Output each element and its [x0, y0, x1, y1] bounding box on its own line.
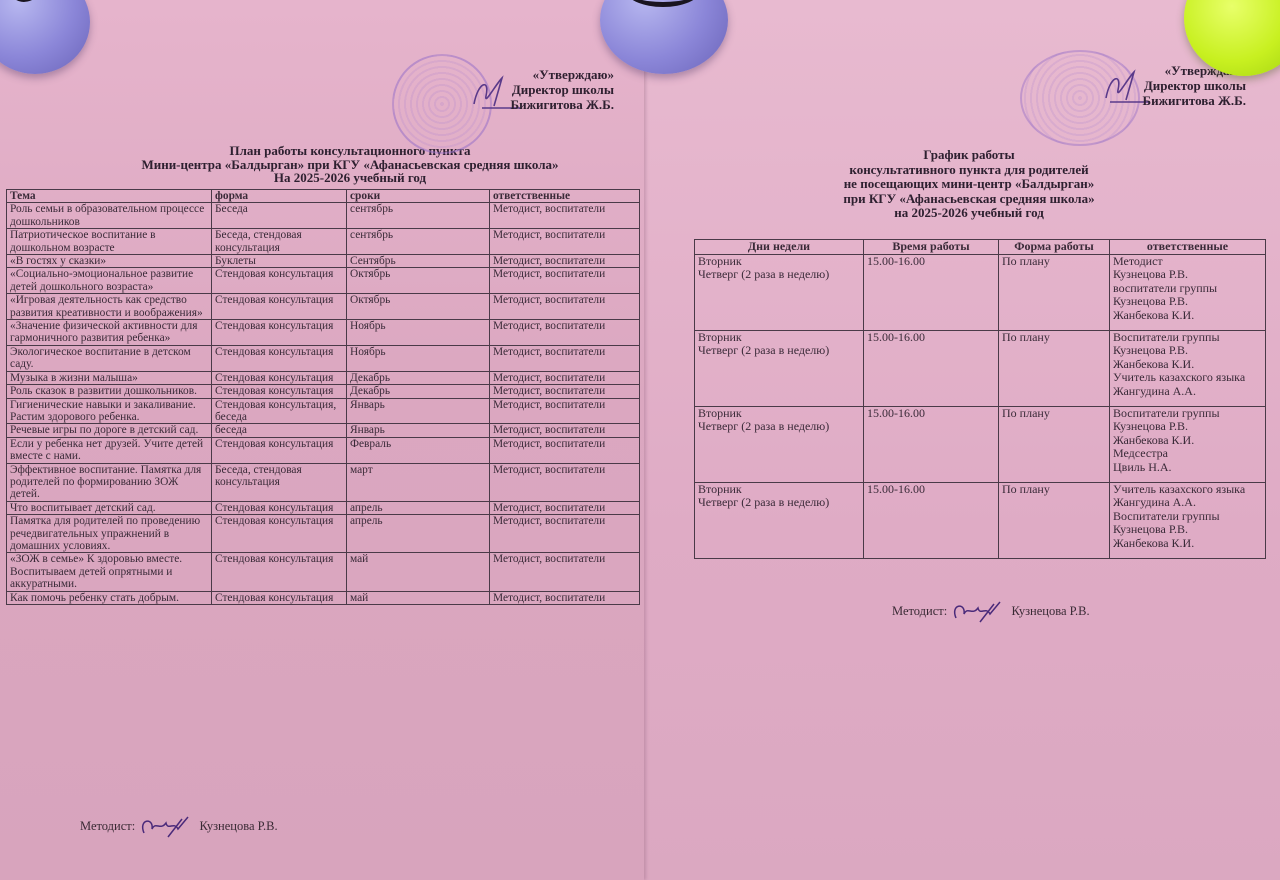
- time-cell: 15.00-16.00: [864, 406, 999, 482]
- days-cell: ВторникЧетверг (2 раза в неделю): [695, 406, 864, 482]
- table-row: «Значение физической активности для гарм…: [7, 320, 640, 346]
- schedule-title: График работы консультативного пункта дл…: [794, 148, 1144, 221]
- topic-cell: Музыка в жизни малыша»: [7, 371, 212, 384]
- form-cell: Стендовая консультация: [212, 385, 347, 398]
- days-cell: ВторникЧетверг (2 раза в неделю): [695, 330, 864, 406]
- table-row: Экологическое воспитание в детском саду.…: [7, 345, 640, 371]
- responsible-cell: Методист, воспитатели: [490, 320, 640, 346]
- responsible-cell-line: Учитель казахского языка: [1113, 371, 1262, 385]
- table-row: ВторникЧетверг (2 раза в неделю)15.00-16…: [695, 406, 1266, 482]
- term-cell: Ноябрь: [347, 320, 490, 346]
- methodist-signature: [138, 815, 196, 839]
- form-cell: По плану: [999, 482, 1110, 558]
- title-line-2: консультативного пункта для родителей: [794, 163, 1144, 178]
- form-cell: Беседа, стендовая консультация: [212, 229, 347, 255]
- responsible-cell: Методист, воспитатели: [490, 385, 640, 398]
- term-cell: сентябрь: [347, 203, 490, 229]
- topic-cell: Речевые игры по дороге в детский сад.: [7, 424, 212, 437]
- table-row: «В гостях у сказки»БуклетыСентябрьМетоди…: [7, 255, 640, 268]
- table-row: Гигиенические навыки и закаливание. Раст…: [7, 398, 640, 424]
- responsible-cell: Методист, воспитатели: [490, 501, 640, 514]
- responsible-cell-line: Воспитатели группы: [1113, 331, 1262, 345]
- topic-cell: «Значение физической активности для гарм…: [7, 320, 212, 346]
- title-line-3: На 2025-2026 учебный год: [60, 171, 640, 185]
- responsible-cell: Методист, воспитатели: [490, 268, 640, 294]
- term-cell: сентябрь: [347, 229, 490, 255]
- table-row: Роль семьи в образовательном процессе до…: [7, 203, 640, 229]
- responsible-cell-line: Жанбекова К.И.: [1113, 358, 1262, 372]
- consultation-plan-table: Тема форма сроки ответственные Роль семь…: [6, 189, 640, 605]
- title-line-1: График работы: [794, 148, 1144, 163]
- days-cell: ВторникЧетверг (2 раза в неделю): [695, 254, 864, 330]
- topic-cell: Как помочь ребенку стать добрым.: [7, 591, 212, 604]
- form-cell: Беседа, стендовая консультация: [212, 463, 347, 501]
- term-cell: май: [347, 553, 490, 591]
- form-cell: беседа: [212, 424, 347, 437]
- form-cell: Буклеты: [212, 255, 347, 268]
- term-cell: Февраль: [347, 437, 490, 463]
- topic-cell: Эффективное воспитание. Памятка для роди…: [7, 463, 212, 501]
- form-cell: По плану: [999, 254, 1110, 330]
- responsible-cell: Методист, воспитатели: [490, 463, 640, 501]
- responsible-cell-line: Воспитатели группы: [1113, 407, 1262, 421]
- title-line-3: не посещающих мини-центр «Балдырган»: [794, 177, 1144, 192]
- time-cell: 15.00-16.00: [864, 330, 999, 406]
- responsible-cell-line: Кузнецова Р.В.: [1113, 344, 1262, 358]
- methodist-label: Методист:: [80, 819, 135, 833]
- responsible-cell: Методист, воспитатели: [490, 255, 640, 268]
- days-cell-line: Четверг (2 раза в неделю): [698, 420, 860, 434]
- term-cell: Январь: [347, 424, 490, 437]
- responsible-cell: Методист, воспитатели: [490, 424, 640, 437]
- responsible-cell-line: Жангудина А.А.: [1113, 385, 1262, 399]
- plan-title: План работы консультационного пункта Мин…: [60, 144, 640, 185]
- time-cell: 15.00-16.00: [864, 482, 999, 558]
- responsible-cell: Методист, воспитатели: [490, 229, 640, 255]
- days-cell-line: Вторник: [698, 331, 860, 345]
- header-days: Дни недели: [695, 240, 864, 255]
- form-cell: Беседа: [212, 203, 347, 229]
- responsible-cell: Воспитатели группыКузнецова Р.В.Жанбеков…: [1110, 330, 1266, 406]
- smile-mark: [626, 0, 700, 7]
- approval-block: «Утверждаю» Директор школы Бижигитова Ж.…: [430, 67, 614, 112]
- table-row: ВторникЧетверг (2 раза в неделю)15.00-16…: [695, 482, 1266, 558]
- table-row: Музыка в жизни малыша»Стендовая консульт…: [7, 371, 640, 384]
- days-cell-line: Вторник: [698, 255, 860, 269]
- topic-cell: «В гостях у сказки»: [7, 255, 212, 268]
- responsible-cell-line: Медсестра: [1113, 447, 1262, 461]
- topic-cell: Гигиенические навыки и закаливание. Раст…: [7, 398, 212, 424]
- responsible-cell-line: Жанбекова К.И.: [1113, 434, 1262, 448]
- table-row: ВторникЧетверг (2 раза в неделю)15.00-16…: [695, 330, 1266, 406]
- table-header-row: Тема форма сроки ответственные: [7, 190, 640, 203]
- form-cell: Стендовая консультация: [212, 294, 347, 320]
- form-cell: Стендовая консультация: [212, 320, 347, 346]
- responsible-cell-line: Учитель казахского языка: [1113, 483, 1262, 497]
- table-row: Речевые игры по дороге в детский сад.бес…: [7, 424, 640, 437]
- form-cell: Стендовая консультация: [212, 345, 347, 371]
- methodist-signature: [950, 600, 1008, 624]
- form-cell: Стендовая консультация: [212, 437, 347, 463]
- term-cell: Октябрь: [347, 268, 490, 294]
- form-cell: Стендовая консультация: [212, 515, 347, 553]
- approval-line-2: Директор школы: [430, 82, 614, 97]
- table-row: «ЗОЖ в семье» К здоровью вместе. Воспиты…: [7, 553, 640, 591]
- smile-mark: [6, 0, 49, 8]
- responsible-cell: МетодистКузнецова Р.В.воспитатели группы…: [1110, 254, 1266, 330]
- table-row: Как помочь ребенку стать добрым.Стендова…: [7, 591, 640, 604]
- table-row: Роль сказок в развитии дошкольников.Стен…: [7, 385, 640, 398]
- term-cell: апрель: [347, 515, 490, 553]
- days-cell-line: Четверг (2 раза в неделю): [698, 268, 860, 282]
- form-cell: Стендовая консультация: [212, 501, 347, 514]
- responsible-cell-line: Жангудина А.А.: [1113, 496, 1262, 510]
- title-line-1: План работы консультационного пункта: [60, 144, 640, 158]
- days-cell-line: Четверг (2 раза в неделю): [698, 496, 860, 510]
- term-cell: Январь: [347, 398, 490, 424]
- form-cell: Стендовая консультация: [212, 371, 347, 384]
- methodist-signature-line: Методист: Кузнецова Р.В.: [80, 815, 278, 839]
- header-responsible: ответственные: [490, 190, 640, 203]
- title-line-4: при КГУ «Афанасьевская средняя школа»: [794, 192, 1144, 207]
- header-term: сроки: [347, 190, 490, 203]
- term-cell: Сентябрь: [347, 255, 490, 268]
- responsible-cell: Воспитатели группыКузнецова Р.В.Жанбеков…: [1110, 406, 1266, 482]
- topic-cell: Экологическое воспитание в детском саду.: [7, 345, 212, 371]
- form-cell: Стендовая консультация, беседа: [212, 398, 347, 424]
- topic-cell: Патриотическое воспитание в дошкольном в…: [7, 229, 212, 255]
- table-row: «Игровая деятельность как средство разви…: [7, 294, 640, 320]
- topic-cell: «ЗОЖ в семье» К здоровью вместе. Воспиты…: [7, 553, 212, 591]
- responsible-cell: Методист, воспитатели: [490, 437, 640, 463]
- responsible-cell-line: Кузнецова Р.В.: [1113, 420, 1262, 434]
- responsible-cell-line: воспитатели группы: [1113, 282, 1262, 296]
- term-cell: Декабрь: [347, 371, 490, 384]
- methodist-label: Методист:: [892, 604, 947, 618]
- table-header-row: Дни недели Время работы Форма работы отв…: [695, 240, 1266, 255]
- responsible-cell-line: Методист: [1113, 255, 1262, 269]
- responsible-cell: Методист, воспитатели: [490, 294, 640, 320]
- approval-line-3: Бижигитова Ж.Б.: [430, 97, 614, 112]
- time-cell: 15.00-16.00: [864, 254, 999, 330]
- responsible-cell-line: Воспитатели группы: [1113, 510, 1262, 524]
- days-cell-line: Вторник: [698, 407, 860, 421]
- header-responsible: ответственные: [1110, 240, 1266, 255]
- table-row: Памятка для родителей по проведению рече…: [7, 515, 640, 553]
- methodist-signature-line: Методист: Кузнецова Р.В.: [892, 600, 1090, 624]
- table-row: Эффективное воспитание. Памятка для роди…: [7, 463, 640, 501]
- table-row: Если у ребенка нет друзей. Учите детей в…: [7, 437, 640, 463]
- term-cell: апрель: [347, 501, 490, 514]
- responsible-cell: Методист, воспитатели: [490, 398, 640, 424]
- responsible-cell-line: Цвиль Н.А.: [1113, 461, 1262, 475]
- topic-cell: «Игровая деятельность как средство разви…: [7, 294, 212, 320]
- term-cell: Ноябрь: [347, 345, 490, 371]
- plan-document-sheet: «Утверждаю» Директор школы Бижигитова Ж.…: [0, 0, 644, 880]
- term-cell: май: [347, 591, 490, 604]
- term-cell: Декабрь: [347, 385, 490, 398]
- header-form: Форма работы: [999, 240, 1110, 255]
- table-row: «Социально-эмоциональное развитие детей …: [7, 268, 640, 294]
- term-cell: март: [347, 463, 490, 501]
- topic-cell: Роль сказок в развитии дошкольников.: [7, 385, 212, 398]
- responsible-cell-line: Кузнецова Р.В.: [1113, 295, 1262, 309]
- form-cell: Стендовая консультация: [212, 591, 347, 604]
- form-cell: Стендовая консультация: [212, 553, 347, 591]
- topic-cell: «Социально-эмоциональное развитие детей …: [7, 268, 212, 294]
- responsible-cell: Методист, воспитатели: [490, 515, 640, 553]
- responsible-cell: Методист, воспитатели: [490, 345, 640, 371]
- topic-cell: Если у ребенка нет друзей. Учите детей в…: [7, 437, 212, 463]
- days-cell-line: Четверг (2 раза в неделю): [698, 344, 860, 358]
- header-topic: Тема: [7, 190, 212, 203]
- days-cell: ВторникЧетверг (2 раза в неделю): [695, 482, 864, 558]
- term-cell: Октябрь: [347, 294, 490, 320]
- form-cell: По плану: [999, 330, 1110, 406]
- responsible-cell: Методист, воспитатели: [490, 371, 640, 384]
- methodist-name: Кузнецова Р.В.: [1011, 604, 1089, 618]
- responsible-cell-line: Кузнецова Р.В.: [1113, 268, 1262, 282]
- responsible-cell-line: Жанбекова К.И.: [1113, 537, 1262, 551]
- topic-cell: Памятка для родителей по проведению рече…: [7, 515, 212, 553]
- consultation-schedule-table: Дни недели Время работы Форма работы отв…: [694, 239, 1266, 559]
- responsible-cell: Методист, воспитатели: [490, 203, 640, 229]
- responsible-cell-line: Кузнецова Р.В.: [1113, 523, 1262, 537]
- table-row: Патриотическое воспитание в дошкольном в…: [7, 229, 640, 255]
- topic-cell: Что воспитывает детский сад.: [7, 501, 212, 514]
- responsible-cell: Методист, воспитатели: [490, 591, 640, 604]
- header-form: форма: [212, 190, 347, 203]
- approval-line-3: Бижигитова Ж.Б.: [1064, 93, 1246, 108]
- days-cell-line: Вторник: [698, 483, 860, 497]
- topic-cell: Роль семьи в образовательном процессе до…: [7, 203, 212, 229]
- table-row: ВторникЧетверг (2 раза в неделю)15.00-16…: [695, 254, 1266, 330]
- responsible-cell: Учитель казахского языкаЖангудина А.А.Во…: [1110, 482, 1266, 558]
- title-line-5: на 2025-2026 учебный год: [794, 206, 1144, 221]
- form-cell: По плану: [999, 406, 1110, 482]
- methodist-name: Кузнецова Р.В.: [199, 819, 277, 833]
- title-line-2: Мини-центра «Балдырган» при КГУ «Афанась…: [60, 158, 640, 172]
- approval-line-1: «Утверждаю»: [430, 67, 614, 82]
- approval-line-2: Директор школы: [1064, 78, 1246, 93]
- responsible-cell: Методист, воспитатели: [490, 553, 640, 591]
- table-row: Что воспитывает детский сад.Стендовая ко…: [7, 501, 640, 514]
- header-time: Время работы: [864, 240, 999, 255]
- form-cell: Стендовая консультация: [212, 268, 347, 294]
- responsible-cell-line: Жанбекова К.И.: [1113, 309, 1262, 323]
